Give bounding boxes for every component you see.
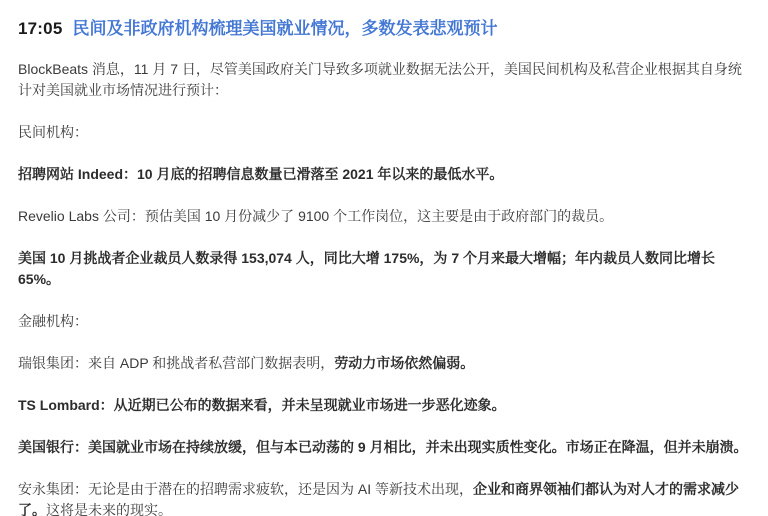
paragraph: BlockBeats 消息，11 月 7 日，尽管美国政府关门导致多项就业数据无… — [18, 59, 750, 101]
news-title-link[interactable]: 民间及非政府机构梳理美国就业情况，多数发表悲观预计 — [72, 14, 497, 39]
paragraph: 美国银行：美国就业市场在持续放缓，但与本已动荡的 9 月相比，并未出现实质性变化… — [18, 437, 750, 458]
paragraph: 瑞银集团：来自 ADP 和挑战者私营部门数据表明，劳动力市场依然偏弱。 — [18, 353, 750, 374]
timestamp: 17:05 — [18, 19, 62, 39]
paragraph: 民间机构： — [18, 122, 750, 143]
paragraph-segment-bold: 招聘网站 Indeed：10 月底的招聘信息数量已滑落至 2021 年以来的最低… — [18, 166, 503, 182]
paragraph-segment: 安永集团：无论是由于潜在的招聘需求疲软，还是因为 AI 等新技术出现， — [18, 481, 473, 497]
paragraph-segment-bold: 美国 10 月挑战者企业裁员人数录得 153,074 人，同比大增 175%，为… — [18, 250, 715, 287]
news-header: 17:05 民间及非政府机构梳理美国就业情况，多数发表悲观预计 — [18, 14, 750, 39]
paragraph: 金融机构： — [18, 311, 750, 332]
paragraph: 招聘网站 Indeed：10 月底的招聘信息数量已滑落至 2021 年以来的最低… — [18, 164, 750, 185]
paragraph-segment: BlockBeats 消息，11 月 7 日，尽管美国政府关门导致多项就业数据无… — [18, 61, 742, 98]
paragraph-segment: 瑞银集团：来自 ADP 和挑战者私营部门数据表明， — [18, 355, 334, 371]
paragraph-segment: Revelio Labs 公司：预估美国 10 月份减少了 9100 个工作岗位… — [18, 208, 613, 224]
paragraph-segment-bold: 美国银行：美国就业市场在持续放缓，但与本已动荡的 9 月相比，并未出现实质性变化… — [18, 439, 748, 455]
paragraph-segment: 金融机构： — [18, 313, 88, 329]
article-body: BlockBeats 消息，11 月 7 日，尽管美国政府关门导致多项就业数据无… — [18, 59, 750, 516]
paragraph-segment: 民间机构： — [18, 124, 88, 140]
paragraph-segment-bold: 劳动力市场依然偏弱。 — [334, 355, 474, 371]
news-item: 17:05 民间及非政府机构梳理美国就业情况，多数发表悲观预计 BlockBea… — [0, 0, 768, 516]
paragraph: Revelio Labs 公司：预估美国 10 月份减少了 9100 个工作岗位… — [18, 206, 750, 227]
paragraph: 美国 10 月挑战者企业裁员人数录得 153,074 人，同比大增 175%，为… — [18, 248, 750, 290]
paragraph: TS Lombard：从近期已公布的数据来看，并未呈现就业市场进一步恶化迹象。 — [18, 395, 750, 416]
paragraph-segment-bold: TS Lombard：从近期已公布的数据来看，并未呈现就业市场进一步恶化迹象。 — [18, 397, 506, 413]
paragraph-segment: 这将是未来的现实。 — [46, 502, 172, 516]
paragraph: 安永集团：无论是由于潜在的招聘需求疲软，还是因为 AI 等新技术出现，企业和商界… — [18, 479, 750, 516]
